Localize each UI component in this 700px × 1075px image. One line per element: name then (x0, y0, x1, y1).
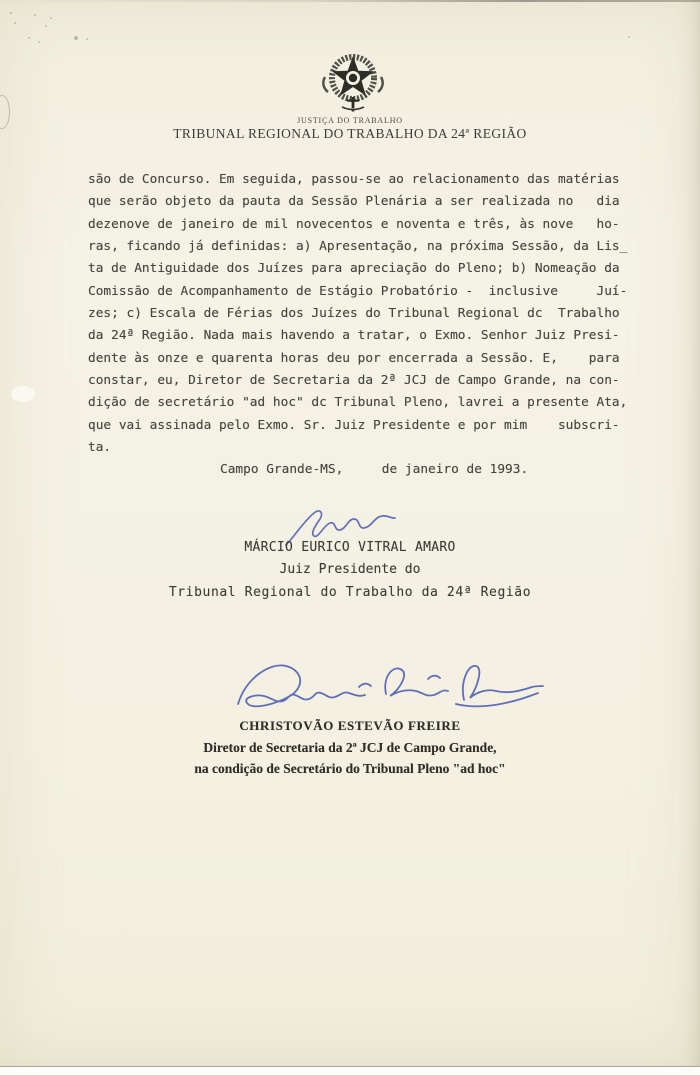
header-tribunal-title: TRIBUNAL REGIONAL DO TRABALHO DA 24ª REG… (0, 126, 700, 142)
header-justice-label: JUSTIÇA DO TRABALHO (0, 116, 700, 125)
body-line: dição de secretário "ad hoc" dc Tribunal… (88, 392, 648, 414)
body-line: zes; c) Escala de Férias dos Juízes do T… (88, 303, 648, 325)
scan-edge-artifact (0, 0, 700, 2)
document-page: JUSTIÇA DO TRABALHO TRIBUNAL REGIONAL DO… (0, 0, 700, 1067)
scanned-document: JUSTIÇA DO TRABALHO TRIBUNAL REGIONAL DO… (0, 0, 700, 1075)
secretary-title-line2: na condição de Secretário do Tribunal Pl… (0, 758, 700, 780)
date-line: Campo Grande-MS, de janeiro de 1993. (88, 459, 648, 481)
secretary-title-line1: Diretor de Secretaria da 2ª JCJ de Campo… (0, 737, 700, 759)
body-line: dente às onze e quarenta horas deu por e… (88, 348, 648, 370)
president-name: MÁRCIO EURICO VITRAL AMARO (0, 537, 700, 559)
body-line: Comissão de Acompanhamento de Estágio Pr… (88, 281, 648, 303)
body-line: constar, eu, Diretor de Secretaria da 2ª… (88, 370, 648, 392)
body-line: são de Concurso. Em seguida, passou-se a… (88, 169, 648, 191)
body-line: dezenove de janeiro de mil novecentos e … (88, 214, 648, 236)
president-title-line2: Tribunal Regional do Trabalho da 24ª Reg… (0, 582, 700, 604)
body-line: ta. (88, 437, 648, 459)
body-line: ras, ficando já definidas: a) Apresentaç… (88, 236, 648, 258)
paper-speckles (10, 12, 12, 14)
body-line: que serão objeto da pauta da Sessão Plen… (88, 191, 648, 213)
coat-of-arms-icon (318, 50, 388, 116)
paper-spot (11, 386, 35, 402)
document-body: são de Concurso. Em seguida, passou-se a… (88, 169, 648, 482)
secretary-signature-block: CHRISTOVÃO ESTEVÃO FREIRE Diretor de Sec… (0, 715, 700, 780)
scanner-bed-strip (0, 1067, 700, 1075)
secretary-signature-icon (216, 658, 551, 718)
president-signature-block: MÁRCIO EURICO VITRAL AMARO Juiz Presiden… (0, 537, 700, 604)
body-line: que vai assinada pelo Exmo. Sr. Juiz Pre… (88, 415, 648, 437)
president-title-line1: Juiz Presidente do (0, 559, 700, 581)
secretary-name: CHRISTOVÃO ESTEVÃO FREIRE (0, 715, 700, 737)
body-line: da 24ª Região. Nada mais havendo a trata… (88, 325, 648, 347)
body-line: ta de Antiguidade dos Juízes para apreci… (88, 258, 648, 280)
